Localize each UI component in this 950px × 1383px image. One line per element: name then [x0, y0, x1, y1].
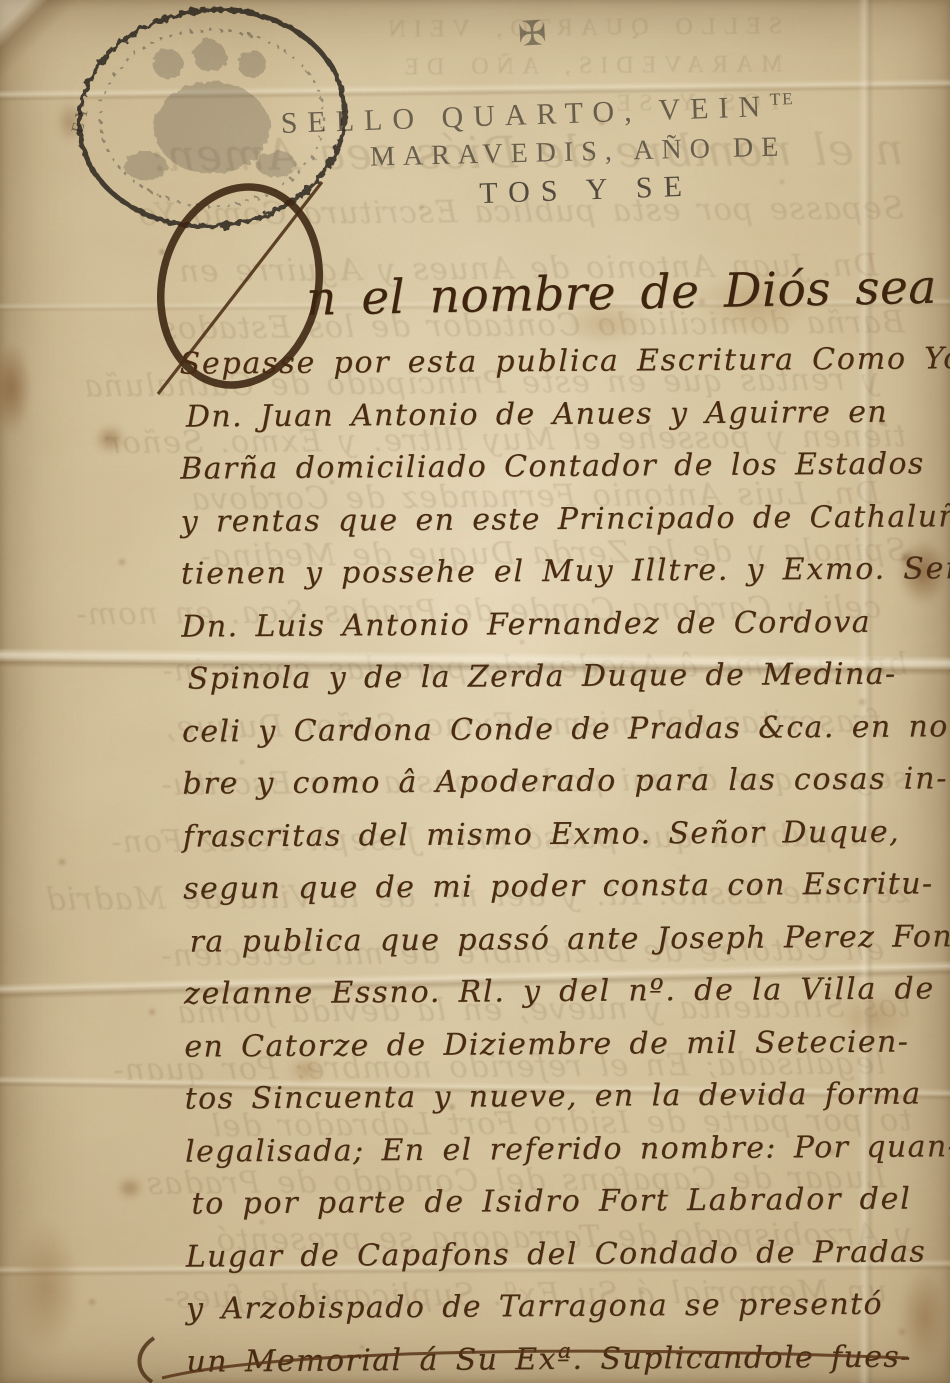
ink-stain — [94, 424, 126, 454]
ink-stain — [56, 100, 84, 144]
royal-seal-stamp-icon: EY — [66, 6, 366, 246]
ink-stain — [116, 1176, 144, 1200]
manuscript-line: en Catorze de Diziembre de mil Setecien- — [184, 1016, 936, 1074]
ink-stain — [0, 342, 32, 434]
manuscript-line: Barña domiciliado Contador de los Estado… — [180, 438, 932, 496]
manuscript-line: tos Sincuenta y nueve, en la devida form… — [184, 1068, 936, 1126]
manuscript-line: y rentas que en este Principado de Catha… — [180, 491, 932, 549]
manuscript-line: celi y Cardona Conde de Pradas &ca. en n… — [182, 701, 934, 759]
cross-mark-icon: ✠ — [517, 13, 548, 54]
stamp-line-1: SELLO QUARTO, VEINTE — [280, 89, 795, 141]
manuscript-line: Spinola y de la Zerda Duque de Medina- — [188, 648, 934, 706]
manuscript-body: Sepasse por esta publica Escritura Como … — [179, 333, 938, 1383]
manuscript-page: SELLO QUARTO, VEIN MARAVEDIS, AÑO DE TOS… — [0, 0, 950, 1383]
seal-rim-text: EY — [67, 101, 93, 135]
foxing-spots — [0, 0, 4, 4]
manuscript-line: y Arzobispado de Tarragona se presentó — [186, 1278, 938, 1336]
document-heading: n el nombre de Diós sea Amen: — [306, 256, 950, 327]
manuscript-line: legalisada; En el referido nombre: Por q… — [185, 1121, 937, 1179]
manuscript-line: segun que de mi poder consta con Escritu… — [183, 858, 935, 916]
bleedthrough-line: Sepasse por esta publica Escritura Como … — [0, 180, 904, 245]
manuscript-line: zelanne Essno. Rl. y del nº. de la Villa… — [184, 963, 936, 1021]
manuscript-line: to por parte de Isidro Fort Labrador del — [191, 1173, 937, 1231]
stamp-line-1-superscript: TE — [770, 89, 795, 109]
fold-crease — [0, 78, 950, 102]
manuscript-line: Sepasse por esta publica Escritura Como … — [179, 333, 931, 391]
manuscript-line: Dn. Luis Antonio Fernandez de Cordova — [181, 596, 933, 654]
manuscript-line: frascritas del mismo Exmo. Señor Duque, — [183, 806, 935, 864]
ink-stain — [14, 1222, 78, 1352]
sealed-paper-header: SELLO QUARTO, VEINTE MARAVEDIS, AÑO DE T… — [280, 89, 798, 218]
manuscript-line: ra publica que passó ante Joseph Perez F… — [189, 911, 935, 969]
bleedthrough-stamp-line: TOS Y SE — [0, 83, 783, 128]
bleedthrough-heading: n el nombre de Diós sea Amen: — [0, 120, 904, 188]
manuscript-line: Dn. Juan Antonio de Anues y Aguirre en — [186, 386, 932, 444]
manuscript-line: tienen y possehe el Muy Illtre. y Exmo. … — [181, 543, 933, 601]
bleedthrough-stamp-line: MARAVEDIS, AÑO DE — [0, 45, 783, 90]
manuscript-line: un Memorial á Su Exª. Suplicandole fues- — [186, 1331, 938, 1383]
manuscript-line: bre y como â Apoderado para las cosas in… — [182, 753, 934, 811]
corner-fold — [0, 0, 140, 120]
stamp-line-3: TOS Y SE — [479, 166, 798, 211]
manuscript-line: Lugar de Capafons del Condado de Pradas — [186, 1226, 938, 1284]
stamp-line-1-text: SELLO QUARTO, VEIN — [280, 90, 770, 140]
stamp-line-2: MARAVEDIS, AÑO DE — [370, 131, 797, 173]
bleedthrough-stamp-line: SELLO QUARTO, VEIN — [0, 7, 782, 52]
